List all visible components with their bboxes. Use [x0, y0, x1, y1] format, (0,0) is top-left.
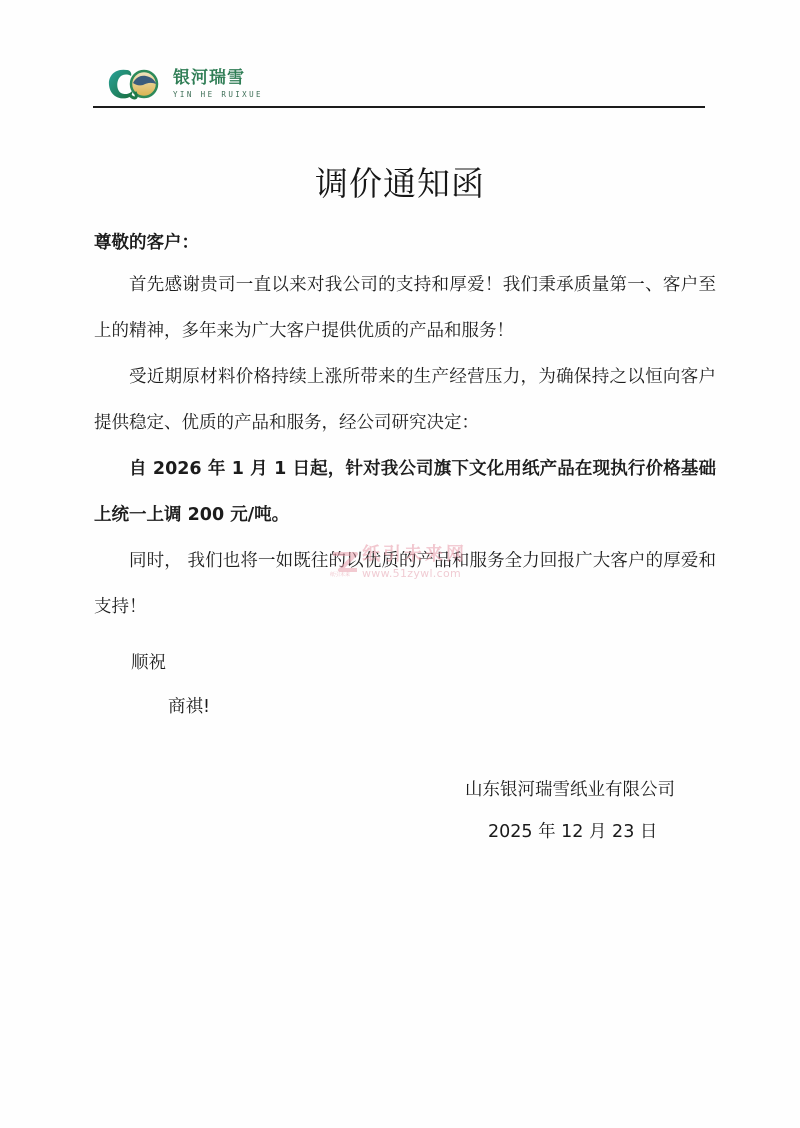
document-title: 调价通知函: [0, 162, 800, 206]
paragraph-thanks: 首先感谢贵司一直以来对我公司的支持和厚爱！我们秉承质量第一、客户至上的精神，多年…: [94, 262, 716, 354]
paragraph-commitment: 同时， 我们也将一如既往的以优质的产品和服务全力回报广大客户的厚爱和支持！: [94, 538, 716, 630]
yinhe-ruixue-logo-icon: [105, 64, 161, 104]
logo-name-cn: 银河瑞雪: [173, 68, 263, 88]
logo-name-en: YIN HE RUIXUE: [173, 89, 263, 100]
salutation: 尊敬的客户：: [94, 228, 199, 258]
document-body: 首先感谢贵司一直以来对我公司的支持和厚爱！我们秉承质量第一、客户至上的精神，多年…: [94, 262, 716, 630]
notice-page: 银河瑞雪 YIN HE RUIXUE 调价通知函 尊敬的客户： 首先感谢贵司一直…: [0, 0, 800, 1128]
letterhead: 银河瑞雪 YIN HE RUIXUE: [105, 62, 263, 106]
paragraph-reason: 受近期原材料价格持续上涨所带来的生产经营压力，为确保持之以恒向客户提供稳定、优质…: [94, 354, 716, 446]
closing-greeting: 顺祝: [131, 648, 166, 678]
paragraph-price-adjustment: 自 2026 年 1 月 1 日起，针对我公司旗下文化用纸产品在现执行价格基础上…: [94, 446, 716, 538]
closing-wish: 商祺!: [168, 692, 210, 722]
header-divider: [93, 106, 705, 108]
company-logo-text: 银河瑞雪 YIN HE RUIXUE: [173, 68, 263, 100]
signature-company: 山东银河瑞雪纸业有限公司: [465, 775, 675, 805]
signature-date: 2025 年 12 月 23 日: [488, 817, 657, 847]
